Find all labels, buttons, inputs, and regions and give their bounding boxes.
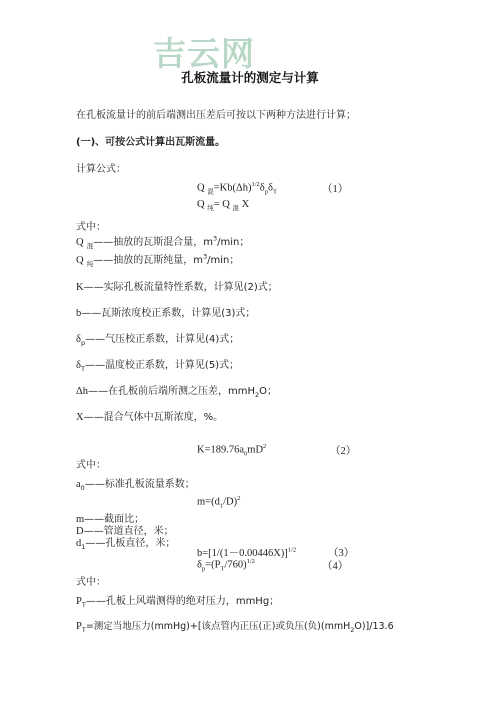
where-label-1: 式中： [76, 218, 106, 233]
eq4-text: =(P [205, 560, 220, 571]
eq1b-lhs-var: Q [197, 199, 205, 210]
def-pt: PT——孔板上风端测得的绝对压力，mmHg； [76, 592, 279, 609]
formula-label: 计算公式： [76, 160, 126, 175]
eq1b-tail: X [242, 199, 250, 210]
eq4-mid: /760) [224, 560, 246, 571]
eq2-mid: mD [247, 445, 263, 456]
def-q-pure: Q 纯——抽放的瓦斯纯量，m3/min； [76, 251, 239, 268]
eq1b-eq: = Q [214, 199, 230, 210]
section-heading-1: (一)、可按公式计算出瓦斯流量。 [76, 133, 225, 148]
eq1-sub-t: T [273, 189, 277, 196]
equation-m: m=(d1/D)2 [197, 495, 240, 510]
def-pt-formula: PT=测定当地压力(mmHg)+[该点管内正压(正)或负压(负)(mmH2O)]… [76, 618, 394, 634]
def-text: ——温度校正系数，计算见(5)式； [85, 360, 239, 371]
eqm-mid: /D) [223, 497, 237, 508]
eq3-sup: 1/2 [288, 547, 296, 554]
def-delta-p: δp——气压校正系数，计算见(4)式； [76, 330, 239, 347]
eq1-exponent: 1/2 [251, 181, 259, 188]
def-text: ——瓦斯浓度校正系数，计算见(3)式； [81, 308, 255, 319]
equation-1-number: （1） [322, 181, 348, 196]
def-x: X——混合气体中瓦斯浓度，%。 [76, 408, 223, 423]
equation-1: Q 混=Kb(Δh)1/2δpδT [197, 181, 277, 196]
def-symbol: X [76, 412, 84, 423]
eqm-sup: 2 [237, 495, 240, 502]
def-symbol: Q [76, 237, 84, 248]
where-label-2: 式中： [76, 456, 106, 471]
eq1b-rhs-sub: 混 [232, 205, 239, 212]
equation-2: K=189.76a0mD2 [197, 443, 266, 458]
def-text: ——混合气体中瓦斯浓度，%。 [84, 412, 224, 423]
def-q-mix: Q 混——抽放的瓦斯混合量，m3/min； [76, 233, 249, 250]
equation-1b: Q 纯= Q 混 X [197, 199, 249, 212]
def-d1: d1——孔板直径，米； [76, 534, 175, 551]
eq1-rhs: =Kb(Δh) [214, 183, 252, 194]
def-delta-t: δT——温度校正系数，计算见(5)式； [76, 356, 239, 373]
eq2-sup: 2 [263, 443, 266, 450]
def-a0: a0——标准孔板流量系数； [76, 475, 195, 492]
def-symbol: K [76, 282, 84, 293]
page-title: 孔板流量计的测定与计算 [0, 68, 500, 86]
equation-2-number: （2） [330, 443, 356, 458]
def-symbol: Δh [76, 386, 88, 397]
def-text: ——实际孔板流量特性系数，计算见(2)式； [84, 282, 278, 293]
intro-paragraph: 在孔板流量计的前后端测出压差后可按以下两种方法进行计算； [76, 106, 356, 121]
where-label-3: 式中： [76, 573, 106, 588]
def-text: ——在孔板前后端所测之压差，mmH [88, 386, 255, 397]
eq4-sup: 1/2 [247, 558, 255, 565]
equation-4-number: （4） [322, 558, 348, 573]
def-k: K——实际孔板流量特性系数，计算见(2)式； [76, 278, 278, 293]
def-text: ——抽放的瓦斯纯量，m [93, 255, 203, 266]
def-tail: O)]/13.6 [354, 621, 393, 632]
def-text: ——孔板上风端测得的绝对压力，mmHg； [86, 596, 279, 607]
def-text: ——标准孔板流量系数； [85, 479, 195, 490]
def-delta-h: Δh——在孔板前后端所测之压差，mmH2O； [76, 382, 277, 399]
eq2-text: K=189.76a [197, 445, 244, 456]
eqm-text: m=(d [197, 497, 220, 508]
def-tail: /min； [207, 255, 239, 266]
equation-4: δp=(PT/760)1/2 [197, 558, 255, 573]
def-text: ——抽放的瓦斯混合量，m [93, 237, 213, 248]
def-text: ——孔板直径，米； [85, 538, 175, 549]
eq1-lhs-var: Q [197, 183, 205, 194]
def-tail: O； [259, 386, 277, 397]
def-tail: /min； [217, 237, 249, 248]
def-text: =测定当地压力(mmHg)+[该点管内正压(正)或负压(负)(mmH [86, 621, 350, 632]
def-b: b——瓦斯浓度校正系数，计算见(3)式； [76, 304, 255, 319]
def-symbol: Q [76, 255, 84, 266]
def-text: ——气压校正系数，计算见(4)式； [85, 334, 239, 345]
